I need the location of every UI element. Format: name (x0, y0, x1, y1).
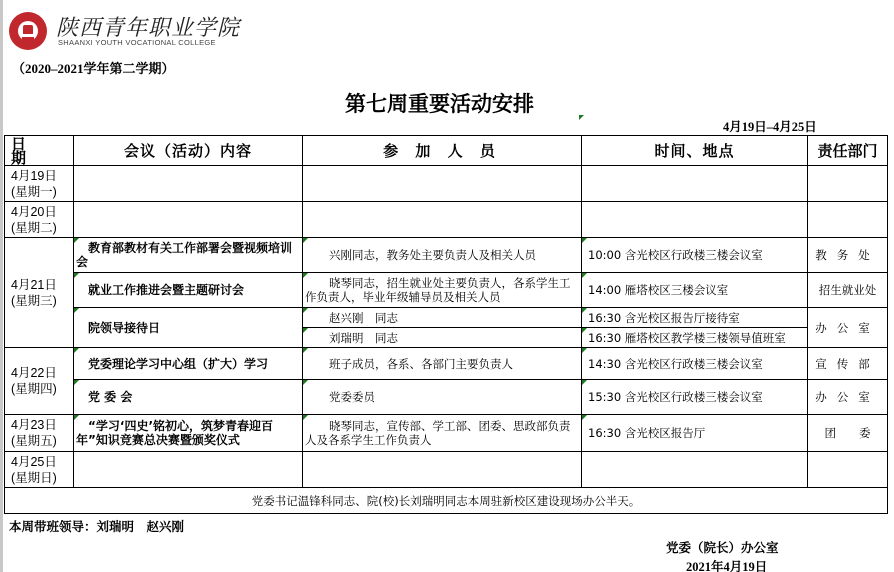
issue-date: 2021年4月19日 (686, 557, 767, 572)
content-cell[interactable]: 院领导接待日 (74, 308, 303, 348)
table-row: 4月19日(星期一) (5, 166, 888, 202)
dept-cell[interactable] (808, 452, 888, 488)
issuing-office: 党委（院长）办公室 (666, 538, 779, 556)
comment-marker-icon (579, 115, 584, 120)
dept-cell[interactable]: 宣传部 (808, 348, 888, 380)
dept-cell[interactable]: 办公室 (808, 308, 888, 348)
content-cell[interactable] (74, 452, 303, 488)
time-place-cell[interactable]: 15:30 含光校区行政楼三楼会议室 (582, 380, 808, 415)
time-place-cell[interactable] (582, 452, 808, 488)
dept-cell[interactable] (808, 166, 888, 202)
participants-cell[interactable] (303, 452, 582, 488)
date-range: 4月19日–4月25日 (723, 117, 817, 135)
on-duty-leaders: 本周带班领导：刘瑞明 赵兴刚 (9, 517, 184, 535)
participants-cell[interactable]: 晓琴同志，招生就业处主要负责人，各系学生工作负责人，毕业年级辅导员及相关人员 (303, 273, 582, 308)
table-row: 4月23日(星期五) “学习‘四史’铭初心，筑梦青春迎百年”知识竞赛总决赛暨颁奖… (5, 415, 888, 452)
date-cell[interactable]: 4月25日(星期日) (5, 452, 74, 488)
time-place-cell[interactable]: 16:30 含光校区报告厅 (582, 415, 808, 452)
date-cell[interactable]: 4月19日(星期一) (5, 166, 74, 202)
dept-cell[interactable] (808, 202, 888, 238)
schedule-table: 日 期 会议（活动）内容 参 加 人 员 时间、地点 责任部门 4月19日(星期… (4, 135, 888, 514)
dept-cell[interactable]: 团 委 (808, 415, 888, 452)
content-cell[interactable]: “学习‘四史’铭初心，筑梦青春迎百年”知识竞赛总决赛暨颁奖仪式 (74, 415, 303, 452)
content-cell[interactable]: 党 委 会 (74, 380, 303, 415)
table-row: 就业工作推进会暨主题研讨会 晓琴同志，招生就业处主要负责人，各系学生工作负责人，… (5, 273, 888, 308)
time-place-cell[interactable]: 14:00 雁塔校区三楼会议室 (582, 273, 808, 308)
content-cell[interactable]: 党委理论学习中心组（扩大）学习 (74, 348, 303, 380)
date-cell[interactable]: 4月23日(星期五) (5, 415, 74, 452)
col-header-date: 日 期 (5, 136, 74, 166)
table-row: 院领导接待日 赵兴刚 同志 16:30 含光校区报告厅接待室 办公室 (5, 308, 888, 328)
time-place-cell[interactable]: 16:30 雁塔校区教学楼三楼领导值班室 (582, 328, 808, 348)
window-left-edge (0, 0, 3, 572)
note-cell[interactable]: 党委书记温锋科同志、院(校)长刘瑞明同志本周驻新校区建设现场办公半天。 (5, 488, 888, 514)
participants-cell[interactable] (303, 202, 582, 238)
col-header-participants: 参 加 人 员 (303, 136, 582, 166)
dept-cell[interactable]: 教务处 (808, 238, 888, 273)
time-place-cell[interactable]: 14:30 含光校区行政楼三楼会议室 (582, 348, 808, 380)
page-title: 第七周重要活动安排 (345, 88, 534, 118)
table-row: 4月20日(星期二) (5, 202, 888, 238)
participants-cell[interactable] (303, 166, 582, 202)
col-header-time-place: 时间、地点 (582, 136, 808, 166)
time-place-cell[interactable] (582, 202, 808, 238)
dept-cell[interactable]: 招生就业处 (808, 273, 888, 308)
participants-cell[interactable]: 党委委员 (303, 380, 582, 415)
brand-name-en: SHAANXI YOUTH VOCATIONAL COLLEGE (58, 38, 216, 47)
dept-cell[interactable]: 办公室 (808, 380, 888, 415)
date-cell[interactable]: 4月22日(星期四) (5, 348, 74, 415)
time-place-cell[interactable] (582, 166, 808, 202)
content-cell[interactable] (74, 166, 303, 202)
content-cell[interactable] (74, 202, 303, 238)
time-place-cell[interactable]: 10:00 含光校区行政楼三楼会议室 (582, 238, 808, 273)
col-header-dept: 责任部门 (808, 136, 888, 166)
table-note-row: 党委书记温锋科同志、院(校)长刘瑞明同志本周驻新校区建设现场办公半天。 (5, 488, 888, 514)
participants-cell[interactable]: 班子成员，各系、各部门主要负责人 (303, 348, 582, 380)
date-cell[interactable]: 4月20日(星期二) (5, 202, 74, 238)
table-row: 4月21日(星期三) 教育部教材有关工作部署会暨视频培训会 兴刚同志，教务处主要… (5, 238, 888, 273)
participants-cell[interactable]: 晓琴同志，宣传部、学工部、团委、思政部负责人及各系学生工作负责人 (303, 415, 582, 452)
semester-label: （2020–2021学年第二学期） (12, 58, 175, 77)
table-row: 4月22日(星期四) 党委理论学习中心组（扩大）学习 班子成员，各系、各部门主要… (5, 348, 888, 380)
participants-cell[interactable]: 赵兴刚 同志 (303, 308, 582, 328)
table-row: 党 委 会 党委委员 15:30 含光校区行政楼三楼会议室 办公室 (5, 380, 888, 415)
time-place-cell[interactable]: 16:30 含光校区报告厅接待室 (582, 308, 808, 328)
participants-cell[interactable]: 兴刚同志，教务处主要负责人及相关人员 (303, 238, 582, 273)
date-cell[interactable]: 4月21日(星期三) (5, 238, 74, 348)
content-cell[interactable]: 教育部教材有关工作部署会暨视频培训会 (74, 238, 303, 273)
college-logo-icon (9, 12, 47, 50)
table-header-row: 日 期 会议（活动）内容 参 加 人 员 时间、地点 责任部门 (5, 136, 888, 166)
table-row: 4月25日(星期日) (5, 452, 888, 488)
participants-cell[interactable]: 刘瑞明 同志 (303, 328, 582, 348)
col-header-content: 会议（活动）内容 (74, 136, 303, 166)
content-cell[interactable]: 就业工作推进会暨主题研讨会 (74, 273, 303, 308)
